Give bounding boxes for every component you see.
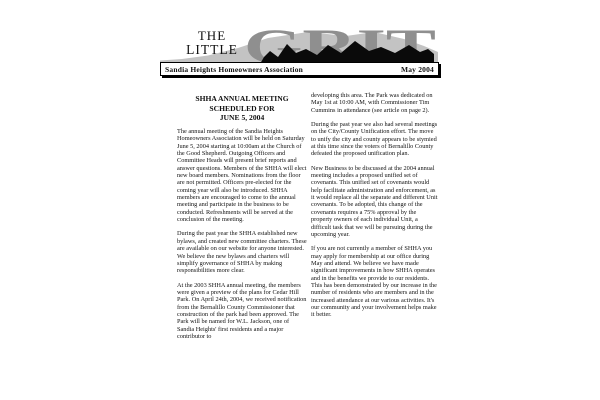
paragraph: During the past year we also had several… <box>311 121 439 158</box>
article-headline: SHHA ANNUAL MEETING SCHEDULED FOR JUNE 5… <box>177 94 307 123</box>
article-left-column: The annual meeting of the Sandia Heights… <box>177 128 307 347</box>
masthead-title-little: LITTLE <box>182 43 242 57</box>
masthead-title: THE LITTLE <box>182 29 242 57</box>
issue-date: May 2004 <box>401 65 434 74</box>
paragraph: The annual meeting of the Sandia Heights… <box>177 128 307 223</box>
paragraph: developing this area. The Park was dedic… <box>311 92 439 114</box>
article-right-column: developing this area. The Park was dedic… <box>311 92 439 326</box>
masthead-title-the: THE <box>182 29 242 43</box>
headline-line-1: SHHA ANNUAL MEETING <box>177 94 307 104</box>
org-name: Sandia Heights Homeowners Association <box>165 65 303 74</box>
paragraph: If you are not currently a member of SHH… <box>311 245 439 318</box>
headline-line-2: SCHEDULED FOR <box>177 104 307 114</box>
newsletter-page: GRIT THE LITTLE Sandia Heights Homeowner… <box>0 0 600 400</box>
paragraph: At the 2003 SHHA annual meeting, the mem… <box>177 282 307 341</box>
masthead-bar: Sandia Heights Homeowners Association Ma… <box>160 62 439 76</box>
paragraph: During the past year the SHHA establishe… <box>177 230 307 274</box>
paragraph: New Business to be discussed at the 2004… <box>311 165 439 238</box>
headline-line-3: JUNE 5, 2004 <box>177 113 307 123</box>
